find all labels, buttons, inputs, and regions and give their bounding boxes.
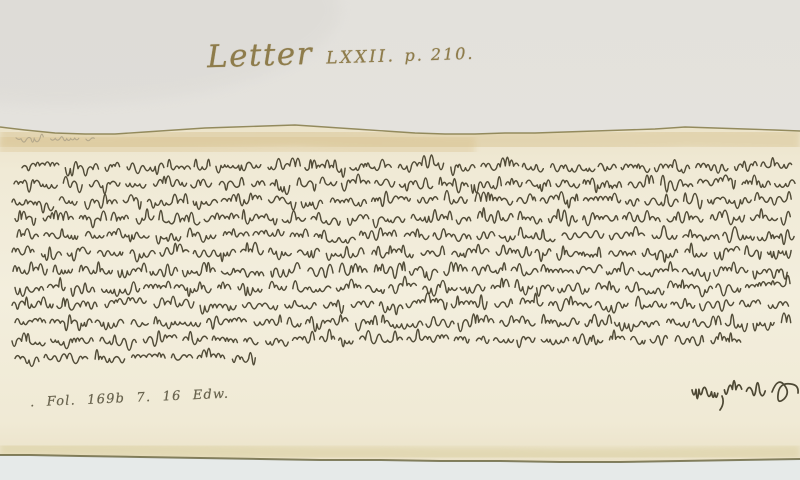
manuscript-scan: LetterLXXII.p. 210. . Fol. 169b 7. 16 Ed… [0, 0, 800, 480]
parchment [0, 125, 800, 462]
parchment-artwork [0, 0, 800, 480]
edition-label-numeral: LXXII. [326, 46, 396, 68]
edition-label-pageref: p. 210. [404, 44, 475, 65]
edition-label-word: Letter [206, 36, 313, 75]
